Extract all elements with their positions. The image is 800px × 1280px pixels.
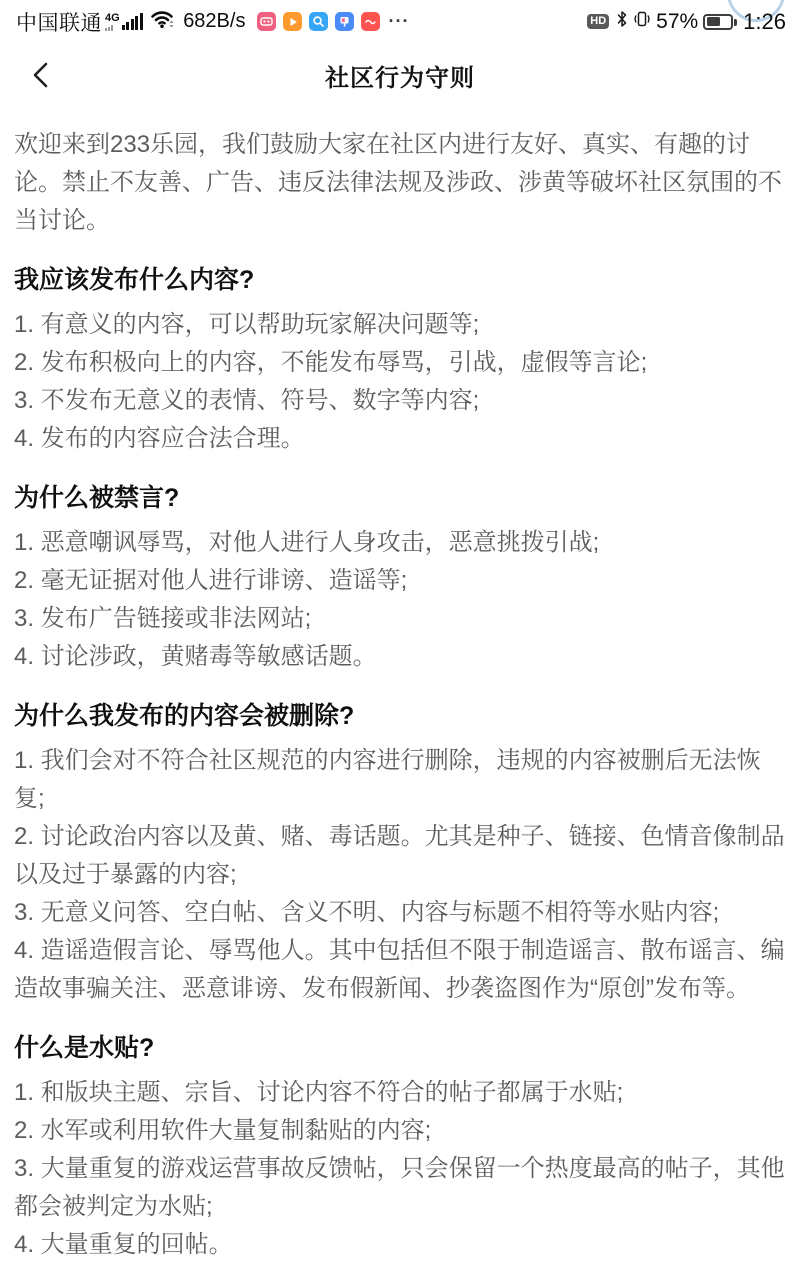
hd-voice-badge: HD <box>587 14 609 29</box>
list-item: 3. 发布广告链接或非法网站; <box>14 600 786 638</box>
list-item: 2. 水军或利用软件大量复制黏贴的内容; <box>14 1112 786 1150</box>
section-heading-what-to-post: 我应该发布什么内容? <box>14 264 786 296</box>
sim2-network-indicator: 4G <box>105 13 120 31</box>
battery-percent-label: 57% <box>656 10 698 34</box>
vibrate-mode-icon <box>633 10 651 34</box>
page-title: 社区行为守则 <box>325 58 475 93</box>
list-item: 3. 大量重复的游戏运营事故反馈帖，只会保留一个热度最高的帖子，其他都会被判定为… <box>14 1150 786 1226</box>
carrier-label: 中国联通 <box>16 7 102 37</box>
battery-icon <box>703 14 733 30</box>
list-item: 1. 有意义的内容，可以帮助玩家解决问题等; <box>14 306 786 344</box>
notification-app2-icon <box>283 12 302 31</box>
intro-paragraph: 欢迎来到233乐园，我们鼓励大家在社区内进行友好、真实、有趣的讨论。禁止不友善、… <box>14 126 786 240</box>
section-heading-why-deleted: 为什么我发布的内容会被删除? <box>14 700 786 732</box>
list-item: 1. 和版块主题、宗旨、讨论内容不符合的帖子都属于水贴; <box>14 1074 786 1112</box>
network-speed-label: 682B/s <box>183 10 245 33</box>
page-header: 社区行为守则 <box>0 44 800 106</box>
sim2-signal-icon <box>105 25 114 31</box>
clock-label: 1:26 <box>743 9 786 35</box>
list-item: 4. 讨论涉政，黄赌毒等敏感话题。 <box>14 638 786 676</box>
list-item: 2. 毫无证据对他人进行诽谤、造谣等; <box>14 562 786 600</box>
status-bar: 中国联通 4G 682B/s <box>0 0 800 38</box>
list-item: 2. 发布积极向上的内容，不能发布辱骂，引战，虚假等言论; <box>14 344 786 382</box>
list-item: 2. 讨论政治内容以及黄、赌、毒话题。尤其是种子、链接、色情音像制品以及过于暴露… <box>14 818 786 894</box>
section-heading-what-is-spam: 什么是水贴? <box>14 1032 786 1064</box>
list-item: 4. 大量重复的回帖。 <box>14 1226 786 1264</box>
list-item: 3. 无意义问答、空白帖、含义不明、内容与标题不相符等水贴内容; <box>14 894 786 932</box>
list-item: 1. 恶意嘲讽辱骂，对他人进行人身攻击，恶意挑拨引战; <box>14 524 786 562</box>
page-content[interactable]: 欢迎来到233乐园，我们鼓励大家在社区内进行友好、真实、有趣的讨论。禁止不友善、… <box>0 106 800 1264</box>
list-item: 1. 我们会对不符合社区规范的内容进行删除，违规的内容被删后无法恢复; <box>14 742 786 818</box>
signal-bars-icon <box>122 13 145 30</box>
section-heading-why-muted: 为什么被禁言? <box>14 482 786 514</box>
status-bar-right: HD 57% 1:26 <box>587 9 786 35</box>
list-item: 4. 造谣造假言论、辱骂他人。其中包括但不限于制造谣言、散布谣言、编造故事骗关注… <box>14 932 786 1008</box>
network-4g-badge: 4G <box>105 13 120 24</box>
more-notifications-indicator: ··· <box>388 11 409 32</box>
notification-app3-icon <box>309 12 328 31</box>
back-button[interactable] <box>26 57 56 93</box>
status-bar-left: 中国联通 4G 682B/s <box>16 7 409 37</box>
notification-app5-icon <box>361 12 380 31</box>
wifi-icon <box>150 9 175 35</box>
notification-app4-icon <box>335 12 354 31</box>
list-item: 3. 不发布无意义的表情、符号、数字等内容; <box>14 382 786 420</box>
list-item: 4. 发布的内容应合法合理。 <box>14 420 786 458</box>
notification-app1-icon <box>257 12 276 31</box>
bluetooth-icon <box>616 10 628 34</box>
chevron-left-icon <box>30 59 52 91</box>
